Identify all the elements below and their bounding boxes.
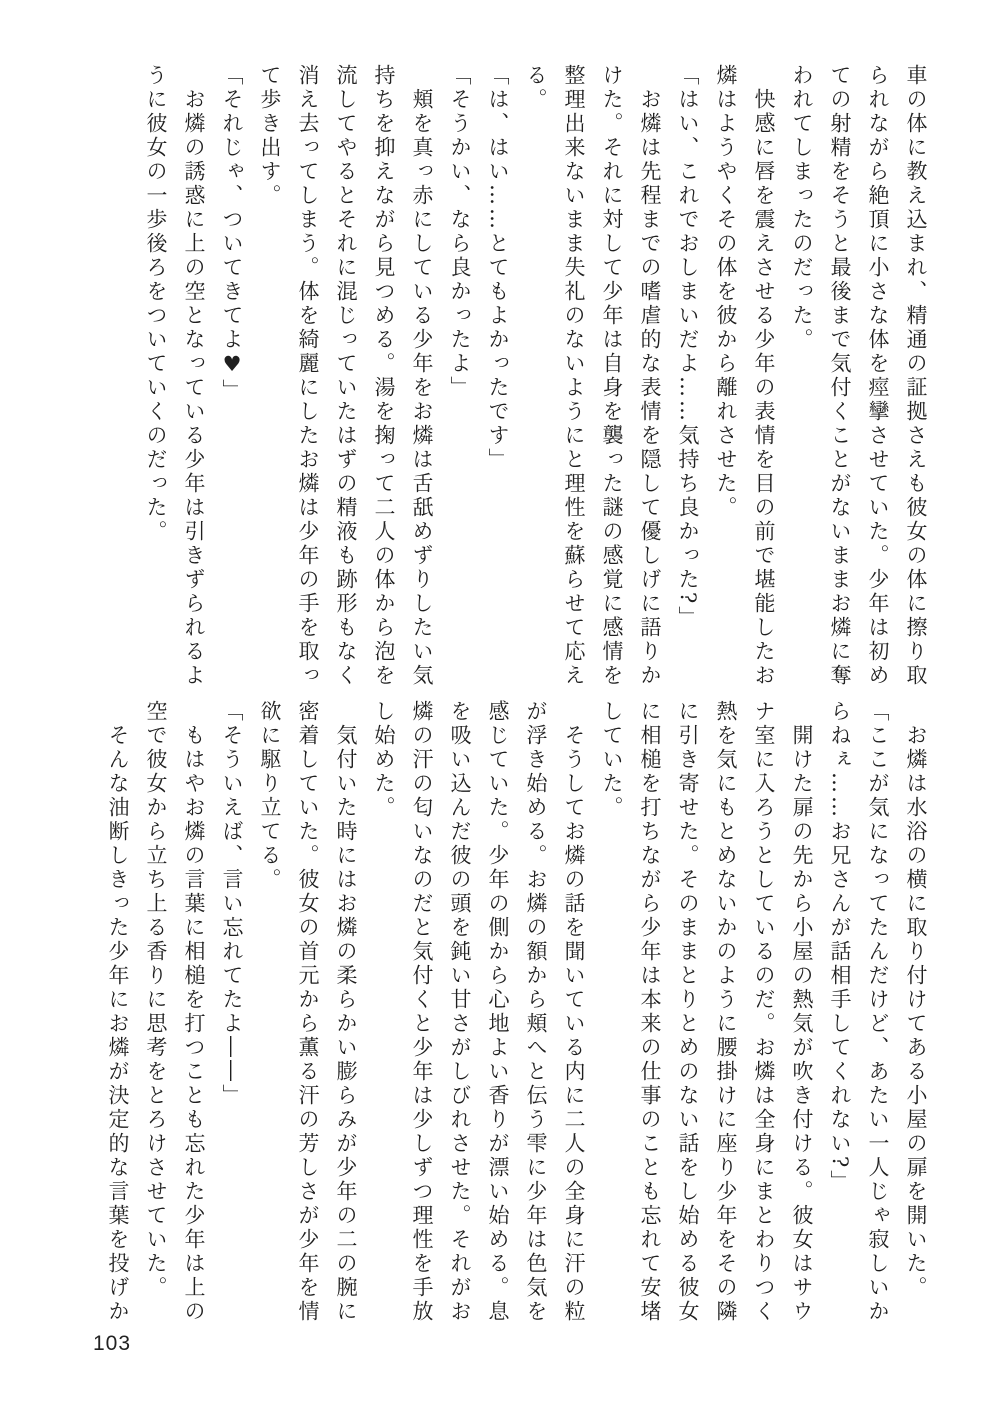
paragraph: もはやお燐の言葉に相槌を打つことも忘れた少年は上の空で彼女から立ち上る香りに思考… [137,700,213,1326]
paragraph: 「そうかい、なら良かったよ」 [441,64,479,690]
paragraph: 快感に唇を震えさせる少年の表情を目の前で堪能したお燐はようやくその体を彼から離れ… [707,64,783,690]
paragraph: 「は、はい……とてもよかったです」 [479,64,517,690]
paragraph: お燐の誘惑に上の空となっている少年は引きずられるように彼女の一歩後ろをついていく… [137,64,213,690]
paragraph: 「そういえば、言い忘れてたよ――」 [213,700,251,1326]
paragraph: お燐は水浴の横に取り付けてある小屋の扉を開いた。 [897,700,935,1326]
paragraph: 車の体に教え込まれ、精通の証拠さえも彼女の体に擦り取られながら絶頂に小さな体を痙… [783,64,935,690]
page-number: 103 [93,1332,131,1356]
paragraph: 開けた扉の先から小屋の熱気が吹き付ける。彼女はサウナ室に入ろうとしているのだ。お… [593,700,821,1326]
paragraph: 気付いた時にはお燐の柔らかい膨らみが少年の二の腕に密着していた。彼女の首元から薫… [251,700,365,1326]
paragraph: そうしてお燐の話を聞いている内に二人の全身に汗の粒が浮き始める。お燐の額から頬へ… [365,700,593,1326]
paragraph: お燐は先程までの嗜虐的な表情を隠して優しげに語りかけた。それに対して少年は自身を… [517,64,669,690]
paragraph: 「はい、これでおしまいだよ……気持ち良かった?」 [669,64,707,690]
paragraph: 頬を真っ赤にしている少年をお燐は舌舐めずりしたい気持ちを抑えながら見つめる。湯を… [251,64,441,690]
paragraph: 「それじゃ、ついてきてよ♥」 [213,64,251,690]
upper-text-block: 車の体に教え込まれ、精通の証拠さえも彼女の体に擦り取られながら絶頂に小さな体を痙… [137,64,935,690]
paragraph: 「ここが気になってたんだけど、あたい一人じゃ寂しいからねぇ……お兄さんが話相手し… [821,700,897,1326]
paragraph: そんな油断しきった少年にお燐が決定的な言葉を投げか [99,700,137,1326]
book-page: 車の体に教え込まれ、精通の証拠さえも彼女の体に擦り取られながら絶頂に小さな体を痙… [0,0,1000,1413]
lower-text-block: お燐は水浴の横に取り付けてある小屋の扉を開いた。「ここが気になってたんだけど、あ… [99,700,935,1326]
